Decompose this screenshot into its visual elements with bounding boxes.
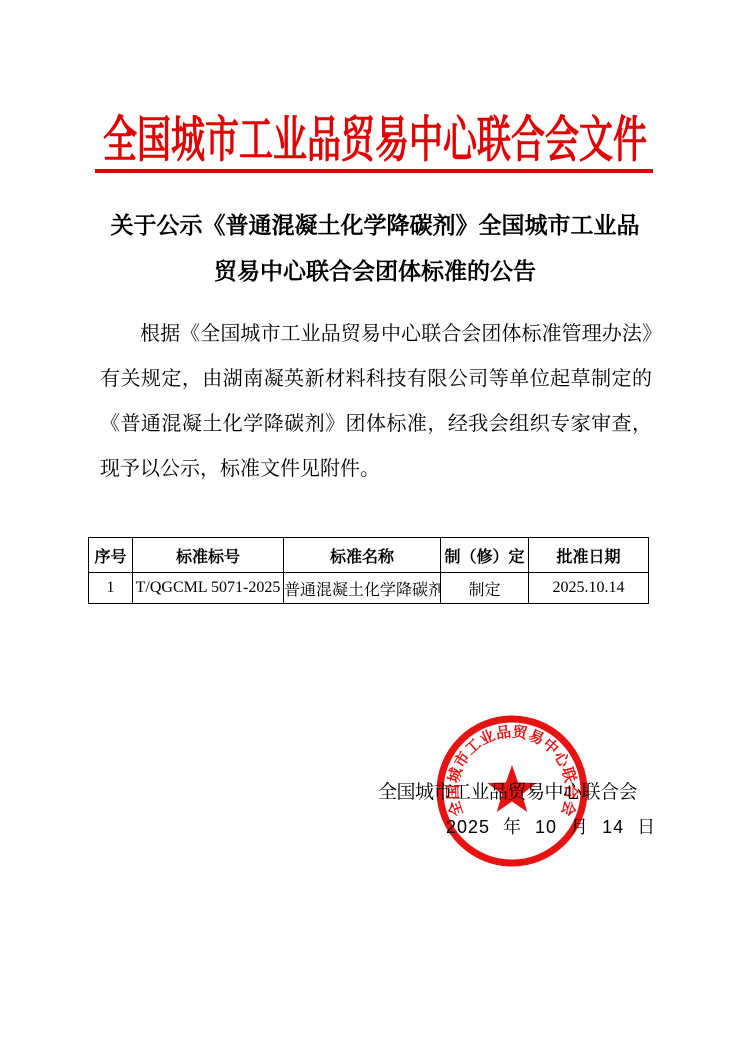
notice-body-paragraph: 根据《全国城市工业品贸易中心联合会团体标准管理办法》有关规定，由湖南凝英新材料科… [100,312,652,492]
cell-establish-revise: 制定 [441,573,529,604]
signature-date: 2025 年 10 月 14 日 [446,813,656,839]
col-header-standard-name: 标准名称 [284,538,441,573]
standards-table: 序号 标准标号 标准名称 制（修）定 批准日期 1 T/QGCML 5071-2… [88,537,649,604]
letterhead-rule [95,169,653,173]
letterhead: 全国城市工业品贸易中心联合会文件 [0,100,750,149]
col-header-standard-number: 标准标号 [133,538,284,573]
cell-approval-date: 2025.10.14 [529,573,649,604]
signature-org-name: 全国城市工业品贸易中心联合会 [378,777,637,804]
cell-standard-number: T/QGCML 5071-2025 [133,573,284,604]
document-title-line1: 关于公示《普通混凝土化学降碳剂》全国城市工业品 [0,202,750,248]
document-title-line2: 贸易中心联合会团体标准的公告 [0,248,750,294]
col-header-approval-date: 批准日期 [529,538,649,573]
table-row: 1 T/QGCML 5071-2025 普通混凝土化学降碳剂 制定 2025.1… [89,573,649,604]
letterhead-title: 全国城市工业品贸易中心联合会文件 [103,100,647,171]
cell-seq: 1 [89,573,133,604]
col-header-establish-revise: 制（修）定 [441,538,529,573]
cell-standard-name: 普通混凝土化学降碳剂 [284,573,441,604]
col-header-seq: 序号 [89,538,133,573]
table-header-row: 序号 标准标号 标准名称 制（修）定 批准日期 [89,538,649,573]
document-title: 关于公示《普通混凝土化学降碳剂》全国城市工业品 贸易中心联合会团体标准的公告 [0,202,750,294]
